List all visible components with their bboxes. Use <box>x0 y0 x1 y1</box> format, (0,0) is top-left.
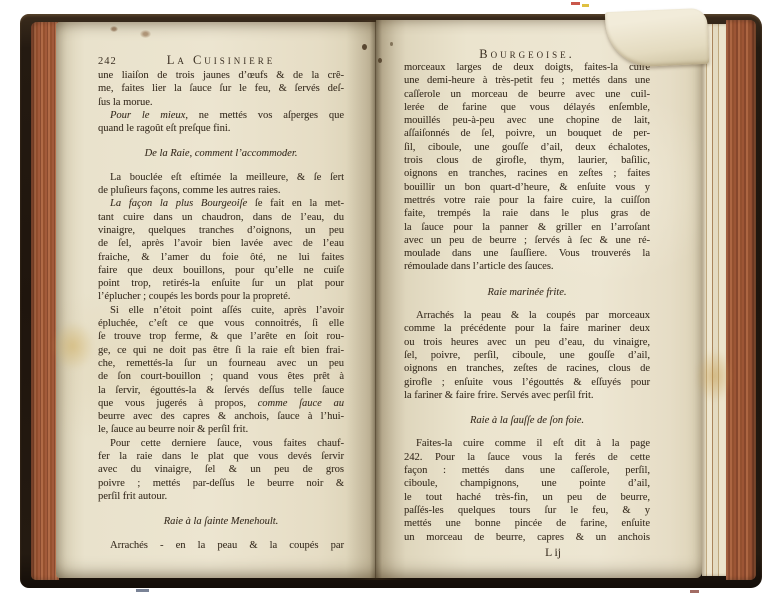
text-line: bouillir un bon quart-d’heure, & enſuite… <box>404 181 650 194</box>
scan-artifact <box>582 4 589 7</box>
roman-text: la ſauce pour la panner & griller en l’a… <box>404 222 650 233</box>
left-page-header: 242 La Cuisiniere <box>98 53 344 68</box>
text-line: que vous jugerés à propos, comme ſauce a… <box>98 397 344 410</box>
text-line: la fariner & faire frire. Servés avec pe… <box>404 389 650 402</box>
recipe-heading: De la Raie, comment l’accommoder. <box>98 147 344 160</box>
text-line: de pluſieurs façons, comme les autres ra… <box>98 184 344 197</box>
text-line: mouillés peu-à-peu avec une chopine de l… <box>404 114 650 127</box>
roman-text: faire que deux bouillons, pour qu’elle n… <box>98 265 344 276</box>
roman-text: che, remettés-la ſur un fourneau avec un… <box>98 358 344 369</box>
text-line: façon : mettés dans une caſſerole, perſi… <box>404 464 650 477</box>
roman-text: fraiche, & l’amer du foie ôté, ne lui fa… <box>98 252 344 263</box>
roman-text: mettrés votre raie pour la faire cuire, … <box>404 195 650 206</box>
text-line: Raie à la ſauſſe de ſon foie. <box>404 414 650 427</box>
text-line: la ſervir, égouttés-la & ſervés deſſus t… <box>98 384 344 397</box>
text-line: Raie à la ſainte Menehoult. <box>98 515 344 528</box>
roman-text: ſe trouve trop ferme, & que l’arête en ſ… <box>98 331 344 342</box>
text-line: paſſés-les quelques tours ſur le feu, & … <box>404 504 650 517</box>
roman-text: l’éplucher ; coupés les bords pour la pr… <box>98 291 290 302</box>
right-leaf-edges <box>702 24 726 576</box>
roman-text: le, ſauce au beurre noir & perſil frit. <box>98 424 248 435</box>
roman-text: oignons en tranches, zeſtes de racines, … <box>404 363 650 374</box>
text-line: une liaiſon de trois jaunes d’œufs & de … <box>98 69 344 82</box>
roman-text: tant cuire dans un chaudron, dans de l’e… <box>98 212 344 223</box>
roman-text: me, faites lier la ſauce ſur le feu, & ſ… <box>98 83 344 94</box>
roman-text: ge, ce qui ne doit pas être ſi la raie e… <box>98 345 344 356</box>
text-line: mettrés votre raie pour la faire cuire, … <box>404 194 650 207</box>
text-line: che, remettés-la ſur un fourneau avec un… <box>98 357 344 370</box>
open-book: 242 La Cuisiniere une liaiſon de trois j… <box>18 8 766 592</box>
roman-text: girofle ; enſuite vous l’égouttés & eſſu… <box>404 377 650 388</box>
text-line: L ij <box>430 547 676 560</box>
photo-background: 242 La Cuisiniere une liaiſon de trois j… <box>0 0 768 598</box>
text-line: tant cuire dans un chaudron, dans de l’e… <box>98 211 344 224</box>
left-page-number: 242 <box>98 56 138 67</box>
left-page: 242 La Cuisiniere une liaiſon de trois j… <box>56 22 376 578</box>
roman-text: la ſervir, égouttés-la & ſervés deſſus t… <box>98 385 344 396</box>
paragraph: morceaux larges de deux doigts, faites-l… <box>404 61 650 274</box>
roman-text: perſil frit autour. <box>98 491 167 502</box>
right-fore-edge <box>726 20 756 580</box>
paragraph: La façon la plus Bourgeoiſe ſe fait en l… <box>98 197 344 303</box>
italic-text: La façon la plus Bourgeoiſe <box>110 198 247 209</box>
text-line: caſſerole un morceau de beurre avec une … <box>404 88 650 101</box>
paragraph: Pour cette derniere ſauce, vous faites c… <box>98 437 344 503</box>
right-page: Bourgeoise. 243 morceaux larges de deux … <box>376 20 702 578</box>
left-fore-edge <box>31 22 59 580</box>
text-line: me, faites lier la ſauce ſur le feu, & ſ… <box>98 82 344 95</box>
roman-text: le tout haché très-fin, un peu de beurre… <box>404 492 650 503</box>
scan-artifact <box>571 2 580 5</box>
roman-text: ou trois heures avec un peu d’eau, du vi… <box>404 337 650 348</box>
roman-text: faite, trempés la raie dans le plus gras… <box>404 208 650 219</box>
text-line: La bouclée eſt eſtimée la meilleure, & ſ… <box>98 171 344 184</box>
roman-text: Raie à la ſainte Menehoult. <box>164 516 279 527</box>
roman-text: Si elle n’étoit point aſſés cuite, après… <box>110 305 344 316</box>
roman-text: rémoulade dans l’article des ſauces. <box>404 261 554 272</box>
roman-text: Arrachés - en la peau & la coupés par <box>110 540 344 551</box>
text-line: comme la précédente pour la faire marine… <box>404 322 650 335</box>
text-line: faire que deux bouillons, pour qu’elle n… <box>98 264 344 277</box>
roman-text: caſſerole un morceau de beurre avec une … <box>404 89 650 100</box>
paragraph: Faites-la cuire comme il eſt dit à la pa… <box>404 437 650 543</box>
paragraph: Si elle n’étoit point aſſés cuite, après… <box>98 304 344 437</box>
italic-text: Pour le mieux <box>110 110 185 121</box>
roman-text: avec du vinaigre, ſel & un peu de gros <box>98 464 344 475</box>
text-line: Arrachés - en la peau & la coupés par <box>98 539 344 552</box>
text-line: le, ſauce au beurre noir & perſil frit. <box>98 423 344 436</box>
roman-text: Raie marinée frite. <box>487 287 566 298</box>
roman-text: avec un peu de beurre ; ſervés à ſec & u… <box>404 235 650 246</box>
text-line: morceaux larges de deux doigts, faites-l… <box>404 61 650 74</box>
roman-text: Raie à la ſauſſe de ſon foie. <box>470 415 584 426</box>
text-line: la ſauce pour la panner & griller en l’a… <box>404 221 650 234</box>
text-line: faite, trempés la raie dans le plus gras… <box>404 207 650 220</box>
roman-text: paſſés-les quelques tours ſur le feu, & … <box>404 505 650 516</box>
text-line: lerée de farine que vous délayés enſembl… <box>404 101 650 114</box>
text-line: aſſaiſonnés de ſel, poivre, un bouquet d… <box>404 127 650 140</box>
text-line: de ſel, après l’avoir bien lavée avec de… <box>98 237 344 250</box>
text-line: de ſon court-bouillon ; quand vous êtes … <box>98 370 344 383</box>
roman-text: , ne mettés vos aſperges que <box>185 110 344 121</box>
roman-text: ſil, ciboule, une gouſſe d’ail, deux éch… <box>404 142 650 153</box>
roman-text: comme la précédente pour la faire marine… <box>404 323 650 334</box>
text-line: 242. Pour la ſauce vous la ferés de cett… <box>404 451 650 464</box>
roman-text: ſe fait en la met- <box>247 198 344 209</box>
roman-text: De la Raie, comment l’accommoder. <box>145 148 298 159</box>
italic-text: comme ſauce au <box>258 398 344 409</box>
roman-text: de pluſieurs façons, comme les autres ra… <box>98 185 281 196</box>
text-line: ſil, ciboule, une gouſſe d’ail, deux éch… <box>404 141 650 154</box>
text-line: Faites-la cuire comme il eſt dit à la pa… <box>404 437 650 450</box>
left-text-column: une liaiſon de trois jaunes d’œufs & de … <box>98 69 344 552</box>
roman-text: quand le ragoût eſt preſque fini. <box>98 123 230 134</box>
roman-text: Pour cette derniere ſauce, vous faites c… <box>110 438 344 449</box>
roman-text: que vous jugerés à propos, <box>98 398 258 409</box>
text-line: ciboule, champignons, une pointe d’ail, <box>404 477 650 490</box>
text-line: La façon la plus Bourgeoiſe ſe fait en l… <box>98 197 344 210</box>
text-line: le tout haché très-fin, un peu de beurre… <box>404 491 650 504</box>
text-line: point trop, retirés-la enſuite ſur un pl… <box>98 277 344 290</box>
text-line: épluchée, c’eſt ce que vous connoitrés, … <box>98 317 344 330</box>
roman-text: aſſaiſonnés de ſel, poivre, un bouquet d… <box>404 128 650 139</box>
text-line: mettés une bonne pincée de farine, enſui… <box>404 517 650 530</box>
roman-text: 242. Pour la ſauce vous la ferés de cett… <box>404 452 650 463</box>
roman-text: L ij <box>545 547 561 559</box>
roman-text: Faites-la cuire comme il eſt dit à la pa… <box>416 438 650 449</box>
roman-text: moulade dans une ſauſſiere. Vous trouver… <box>404 248 650 259</box>
recipe-heading: Raie à la ſauſſe de ſon foie. <box>404 414 650 427</box>
text-line: oignons en tranches, racines en zeſtes ;… <box>404 167 650 180</box>
roman-text: mouillés peu-à-peu avec une chopine de l… <box>404 115 650 126</box>
text-line: quand le ragoût eſt preſque fini. <box>98 122 344 135</box>
roman-text: un morceau de beurre, capres & un anchoi… <box>404 532 650 543</box>
signature-mark: L ij <box>404 547 650 560</box>
right-running-title: Bourgeoise. <box>444 47 610 62</box>
text-line: ou trois heures avec un peu d’eau, du vi… <box>404 336 650 349</box>
roman-text: ſus la morue. <box>98 97 153 108</box>
text-line: perſil frit autour. <box>98 490 344 503</box>
text-line: beurre avec des capres & anchois, ſauce … <box>98 410 344 423</box>
text-line: l’éplucher ; coupés les bords pour la pr… <box>98 290 344 303</box>
text-line: rémoulade dans l’article des ſauces. <box>404 260 650 273</box>
text-line: Arrachés la peau & la coupés par morceau… <box>404 309 650 322</box>
text-line: Si elle n’étoit point aſſés cuite, après… <box>98 304 344 317</box>
text-line: Raie marinée frite. <box>404 286 650 299</box>
roman-text: une demi-heure à très-petit feu ; mettés… <box>404 75 650 86</box>
text-line: De la Raie, comment l’accommoder. <box>98 147 344 160</box>
text-line: avec un peu de beurre ; ſervés à ſec & u… <box>404 234 650 247</box>
paragraph: une liaiſon de trois jaunes d’œufs & de … <box>98 69 344 109</box>
text-line: fer la raie dans le plat que vous devés … <box>98 450 344 463</box>
roman-text: beurre avec des capres & anchois, ſauce … <box>98 411 344 422</box>
text-line: ge, ce qui ne doit pas être ſi la raie e… <box>98 344 344 357</box>
paragraph: Pour le mieux, ne mettés vos aſperges qu… <box>98 109 344 136</box>
text-line: avec du vinaigre, ſel & un peu de gros <box>98 463 344 476</box>
roman-text: de ſon court-bouillon ; quand vous êtes … <box>98 371 344 382</box>
recipe-heading: Raie marinée frite. <box>404 286 650 299</box>
roman-text: la fariner & faire frire. Servés avec pe… <box>404 390 593 401</box>
paragraph: La bouclée eſt eſtimée la meilleure, & ſ… <box>98 171 344 198</box>
roman-text: vinaigre, quelques tranches d’oignons, u… <box>98 225 344 236</box>
text-line: oignons en tranches, zeſtes de racines, … <box>404 362 650 375</box>
roman-text: Arrachés la peau & la coupés par morceau… <box>416 310 650 321</box>
text-line: une demi-heure à très-petit feu ; mettés… <box>404 74 650 87</box>
roman-text: façon : mettés dans une caſſerole, perſi… <box>404 465 650 476</box>
roman-text: ciboule, champignons, une pointe d’ail, <box>404 478 650 489</box>
roman-text: oignons en tranches, racines en zeſtes ;… <box>404 168 650 179</box>
right-page-header: Bourgeoise. 243 <box>404 47 650 62</box>
text-line: Pour le mieux, ne mettés vos aſperges qu… <box>98 109 344 122</box>
roman-text: point trop, retirés-la enſuite ſur un pl… <box>98 278 344 289</box>
text-line: vinaigre, quelques tranches d’oignons, u… <box>98 224 344 237</box>
text-line: ſe trouve trop ferme, & que l’arête en ſ… <box>98 330 344 343</box>
text-line: Pour cette derniere ſauce, vous faites c… <box>98 437 344 450</box>
roman-text: de ſel, après l’avoir bien lavée avec de… <box>98 238 344 249</box>
paragraph: Arrachés la peau & la coupés par morceau… <box>404 309 650 402</box>
paragraph: Arrachés - en la peau & la coupés par <box>98 539 344 552</box>
text-line: un morceau de beurre, capres & un anchoi… <box>404 531 650 544</box>
roman-text: morceaux larges de deux doigts, faites-l… <box>404 62 650 73</box>
text-line: poivre ; mettés par-deſſus le beurre noi… <box>98 477 344 490</box>
roman-text: trois clous de girofle, thym, laurier, b… <box>404 155 650 166</box>
right-text-column: morceaux larges de deux doigts, faites-l… <box>404 61 650 560</box>
roman-text: lerée de farine que vous délayés enſembl… <box>404 102 650 113</box>
text-line: moulade dans une ſauſſiere. Vous trouver… <box>404 247 650 260</box>
recipe-heading: Raie à la ſainte Menehoult. <box>98 515 344 528</box>
left-running-title: La Cuisiniere <box>138 53 304 68</box>
roman-text: bouillir un bon quart-d’heure, & enſuite… <box>404 182 650 193</box>
text-line: girofle ; enſuite vous l’égouttés & eſſu… <box>404 376 650 389</box>
text-line: trois clous de girofle, thym, laurier, b… <box>404 154 650 167</box>
roman-text: ſel, poivre, perſil, ciboule, une gouſſe… <box>404 350 650 361</box>
text-line: fraiche, & l’amer du foie ôté, ne lui fa… <box>98 251 344 264</box>
roman-text: fer la raie dans le plat que vous devés … <box>98 451 344 462</box>
text-line: ſel, poivre, perſil, ciboule, une gouſſe… <box>404 349 650 362</box>
roman-text: mettés une bonne pincée de farine, enſui… <box>404 518 650 529</box>
roman-text: poivre ; mettés par-deſſus le beurre noi… <box>98 478 344 489</box>
roman-text: La bouclée eſt eſtimée la meilleure, & ſ… <box>110 172 344 183</box>
text-line: ſus la morue. <box>98 96 344 109</box>
roman-text: épluchée, c’eſt ce que vous connoitrés, … <box>98 318 344 329</box>
roman-text: une liaiſon de trois jaunes d’œufs & de … <box>98 70 344 81</box>
